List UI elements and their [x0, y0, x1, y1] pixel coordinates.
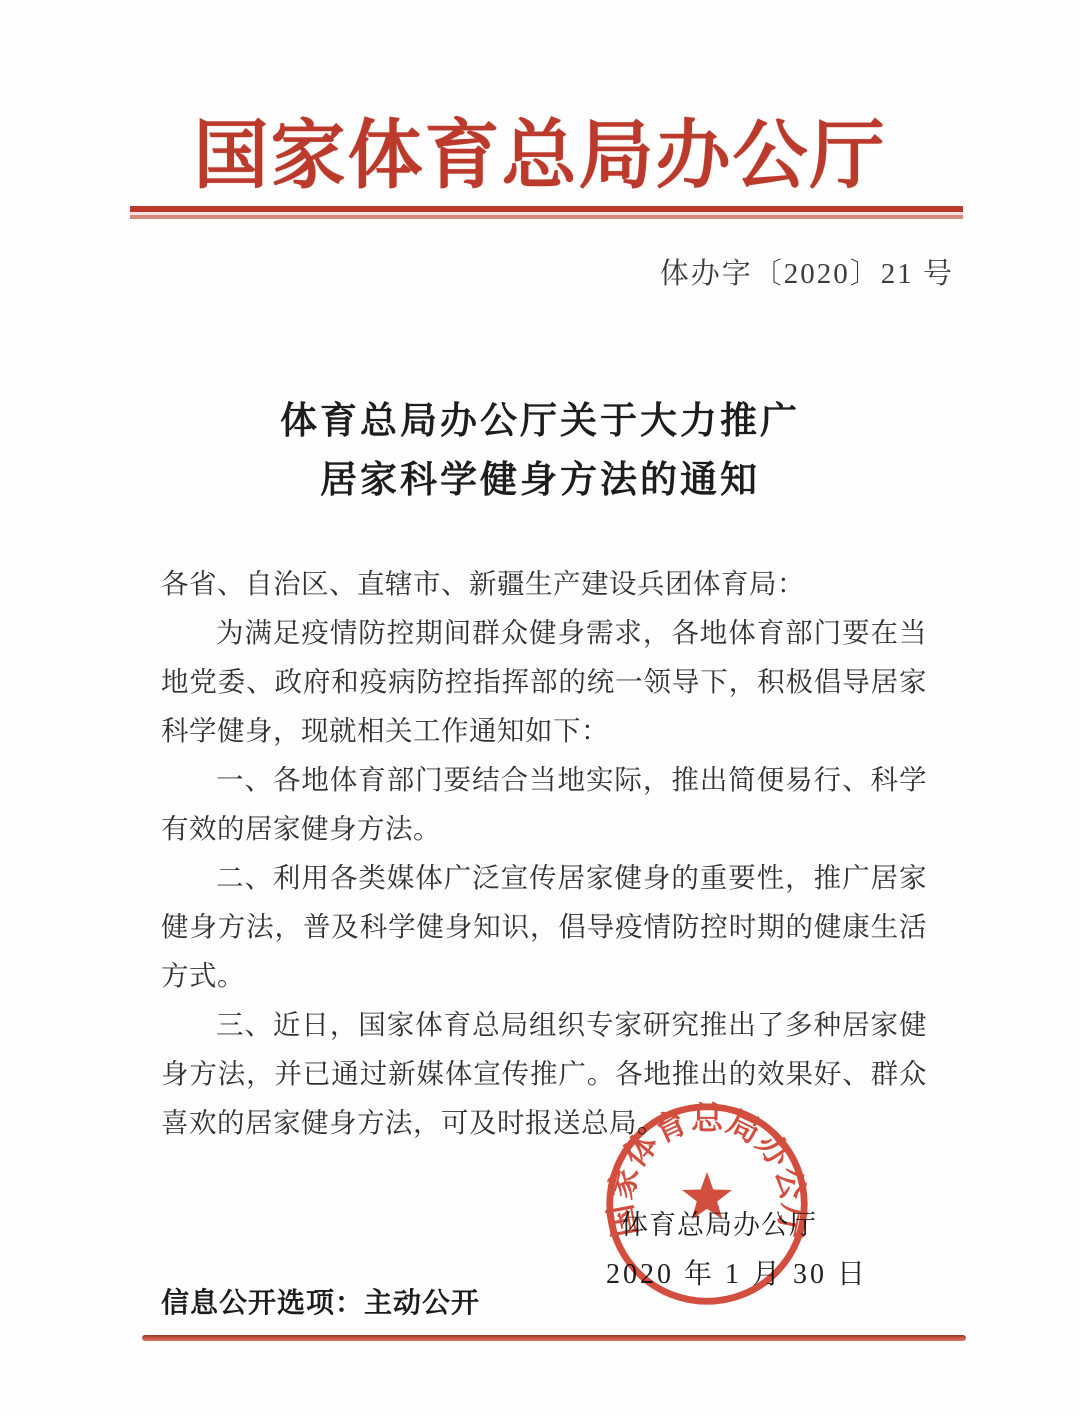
doc-title-line1: 体育总局办公厅关于大力推广 — [0, 392, 1080, 451]
seal-star-icon — [682, 1172, 732, 1220]
seal-arc-text: 国家体育总局办公厅 — [602, 1100, 812, 1241]
letterhead-divider — [130, 206, 963, 221]
paragraph-intro: 为满足疫情防控期间群众健身需求，各地体育部门要在当地党委、政府和疫病防控指挥部的… — [161, 608, 927, 755]
doc-number: 体办字〔2020〕21 号 — [660, 251, 954, 292]
seal-arc-text-wrap: 国家体育总局办公厅 — [602, 1100, 812, 1241]
doc-body: 各省、自治区、直辖市、新疆生产建设兵团体育局： 为满足疫情防控期间群众健身需求，… — [161, 559, 927, 1147]
letterhead-org-title: 国家体育总局办公厅 — [0, 96, 1080, 203]
paragraph-item-2: 二、利用各类媒体广泛宣传居家健身的重要性，推广居家健身方法，普及科学健身知识，倡… — [161, 853, 927, 1000]
official-seal-stamp: 国家体育总局办公厅 — [600, 1097, 814, 1311]
salutation: 各省、自治区、直辖市、新疆生产建设兵团体育局： — [161, 559, 927, 608]
doc-title: 体育总局办公厅关于大力推广 居家科学健身方法的通知 — [0, 392, 1080, 510]
paragraph-item-1: 一、各地体育部门要结合当地实际，推出简便易行、科学有效的居家健身方法。 — [161, 755, 927, 853]
letterhead-divider-bottom-line — [130, 215, 963, 219]
disclosure-note: 信息公开选项：主动公开 — [161, 1281, 480, 1321]
footer-divider — [142, 1335, 966, 1341]
doc-title-line2: 居家科学健身方法的通知 — [0, 451, 1080, 510]
document-page: 国家体育总局办公厅 体办字〔2020〕21 号 体育总局办公厅关于大力推广 居家… — [0, 0, 1080, 1416]
